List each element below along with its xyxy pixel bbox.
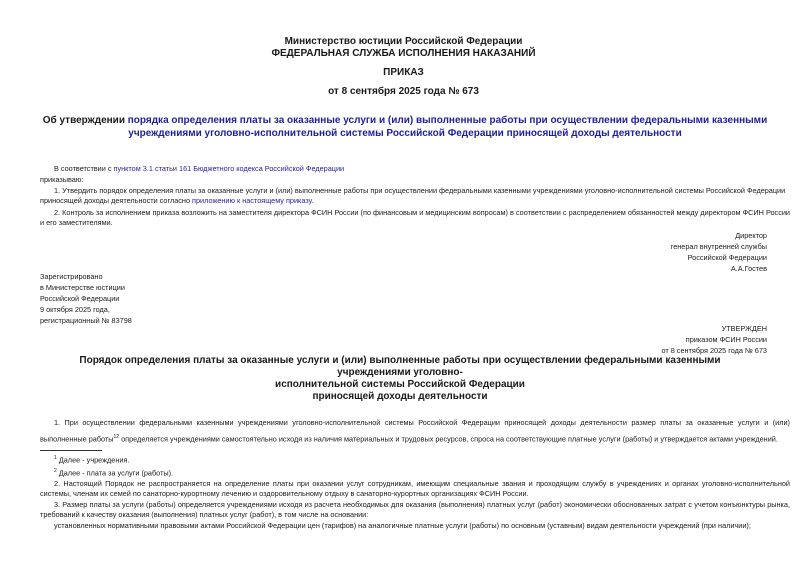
footnote-divider xyxy=(40,450,102,451)
registration-block: Зарегистрировано в Министерстве юстиции … xyxy=(40,271,132,326)
item-1-end: . xyxy=(312,196,314,205)
document-page: Министерство юстиции Российской Федераци… xyxy=(0,0,807,571)
budget-code-link[interactable]: пунктом 3.1 статьи 161 Бюджетного кодекс… xyxy=(114,164,345,173)
item-1: 1. Утвердить порядок определения платы з… xyxy=(40,186,790,206)
procedure-p3-sub1: установленных нормативными правовыми акт… xyxy=(40,521,790,531)
signature-block: Директор генерал внутренней службы Росси… xyxy=(671,230,767,274)
title-prefix: Об утверждении xyxy=(43,115,128,126)
procedure-title-line: Порядок определения платы за оказанные у… xyxy=(50,355,750,379)
signature-name: А.А.Гостев xyxy=(671,263,767,274)
doc-date-number: от 8 сентября 2025 года № 673 xyxy=(0,86,807,98)
registration-line: 9 октября 2025 года, xyxy=(40,304,132,315)
approval-block: УТВЕРЖДЕН приказом ФСИН России от 8 сент… xyxy=(661,323,767,356)
appendix-link[interactable]: приложению к настоящему приказу xyxy=(192,196,312,205)
title-link[interactable]: порядка определения платы за оказанные у… xyxy=(128,115,767,139)
signature-position: Директор xyxy=(671,230,767,241)
approval-line: УТВЕРЖДЕН xyxy=(661,323,767,334)
registration-line: в Министерстве юстиции xyxy=(40,282,132,293)
procedure-p2: 2. Настоящий Порядок не распространяется… xyxy=(40,479,790,499)
doc-type: ПРИКАЗ xyxy=(0,67,807,79)
item-2: 2. Контроль за исполнением приказа возло… xyxy=(40,208,790,228)
procedure-p3: 3. Размер платы за услуги (работы) опред… xyxy=(40,500,790,520)
ministry-name: Министерство юстиции Российской Федераци… xyxy=(0,36,807,48)
procedure-p1: 1. При осуществлении федеральными казенн… xyxy=(40,416,790,446)
footnote-2: 2 Далее - плата за услуги (работы). xyxy=(54,466,804,478)
registration-line: Зарегистрировано xyxy=(40,271,132,282)
service-name: ФЕДЕРАЛЬНАЯ СЛУЖБА ИСПОЛНЕНИЯ НАКАЗАНИЙ xyxy=(0,48,807,60)
document-title: Об утверждении порядка определения платы… xyxy=(30,114,780,140)
footnote-1: 1 Далее - учреждения. xyxy=(54,453,804,465)
preamble-text: В соответствии с xyxy=(54,164,114,173)
approval-line: приказом ФСИН России xyxy=(661,334,767,345)
footnote-1-text: Далее - учреждения. xyxy=(59,455,130,464)
procedure-title-line: исполнительной системы Российской Федера… xyxy=(50,379,750,391)
item-1-text: 1. Утвердить порядок определения платы з… xyxy=(40,186,785,205)
registration-line: регистрационный № 83798 xyxy=(40,315,132,326)
registration-line: Российской Федерации xyxy=(40,293,132,304)
procedure-title-line: приносящей доходы деятельности xyxy=(50,391,750,403)
procedure-title: Порядок определения платы за оказанные у… xyxy=(50,355,750,403)
footnote-2-text: Далее - плата за услуги (работы). xyxy=(59,468,173,477)
signature-rank: генерал внутренней службы xyxy=(671,241,767,252)
order-word: приказываю: xyxy=(40,175,790,185)
signature-country: Российской Федерации xyxy=(671,252,767,263)
preamble: В соответствии с пунктом 3.1 статьи 161 … xyxy=(40,164,790,174)
p1-cont: определяется учреждениями самостоятельно… xyxy=(119,434,778,443)
